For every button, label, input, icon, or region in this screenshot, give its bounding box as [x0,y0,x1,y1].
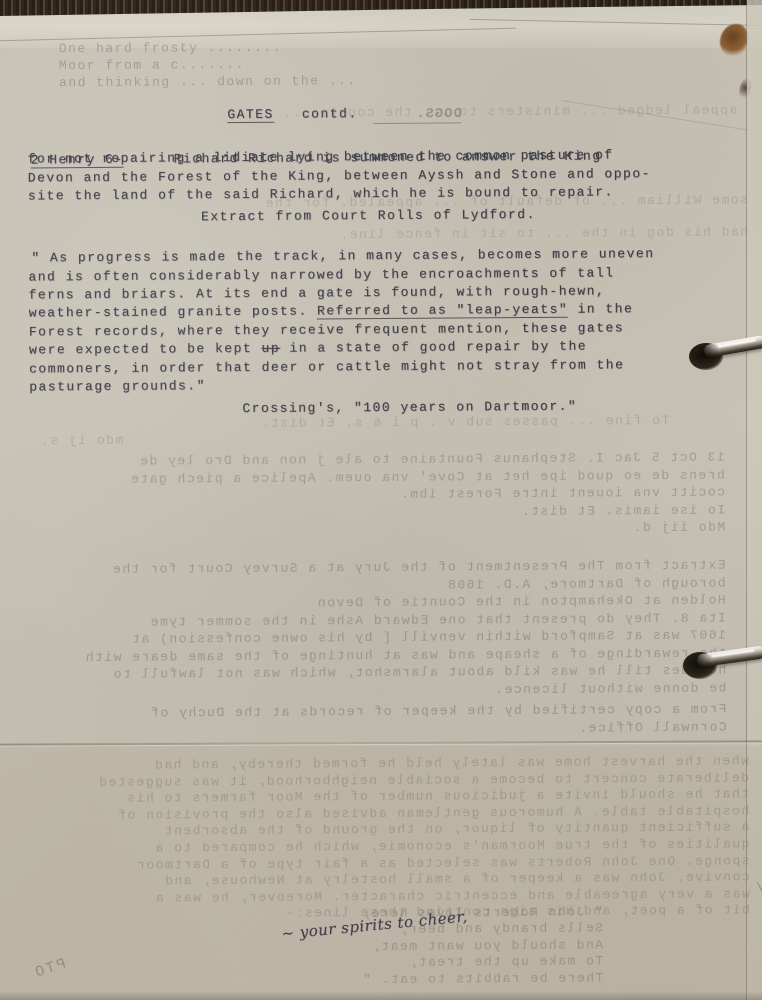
bleedthrough-fragment: mdo ij s. [40,428,690,450]
bleedthrough-fragment: had his dog in the ... to sit in fence l… [8,223,748,246]
quote-l4-post: in the [568,301,633,316]
bleedthrough-court-roll: 13 Oct 5 Jac I. Stephanus Fountaine to a… [25,449,726,541]
bleedthrough-certification: From a copy certified by the keeper of r… [26,701,726,741]
handwriting-arrow-mark: ~ [281,924,296,943]
quote-line: pasturage grounds." [29,377,206,397]
typewritten-content: One hard frosty ........ Moor from a c..… [0,0,762,1000]
scanned-page: One hard frosty ........ Moor from a c..… [0,0,762,1000]
quote-line: commoners, in order that deer or cattle … [29,356,624,379]
quote-l4-underlined: Referred to as "leap-yeats" [317,302,568,320]
bottom-edge-shadow [0,991,762,1000]
bleedthrough-presentment: Extract from The Presentment of the Jury… [25,557,726,702]
entry-source: Extract from Court Rolls of Lydford. [201,206,536,227]
quote-l4-pre: weather-stained granite posts. [29,303,317,320]
bleedthrough-fragment: appeal ledged ... ministers to ... the c… [0,102,737,125]
bleedthrough-roberts-paragraph: when the harvest home was lately held he… [17,753,750,924]
quote-l6-struck-word: up [261,341,280,356]
quote-l6-post: in a state of good repair by the [280,339,587,356]
quote-l6-pre: were expected to be kept [29,341,262,358]
faded-top-lines: One hard frosty ........ Moor from a c..… [59,38,357,91]
pto-corner-mark: PTO [31,956,68,983]
